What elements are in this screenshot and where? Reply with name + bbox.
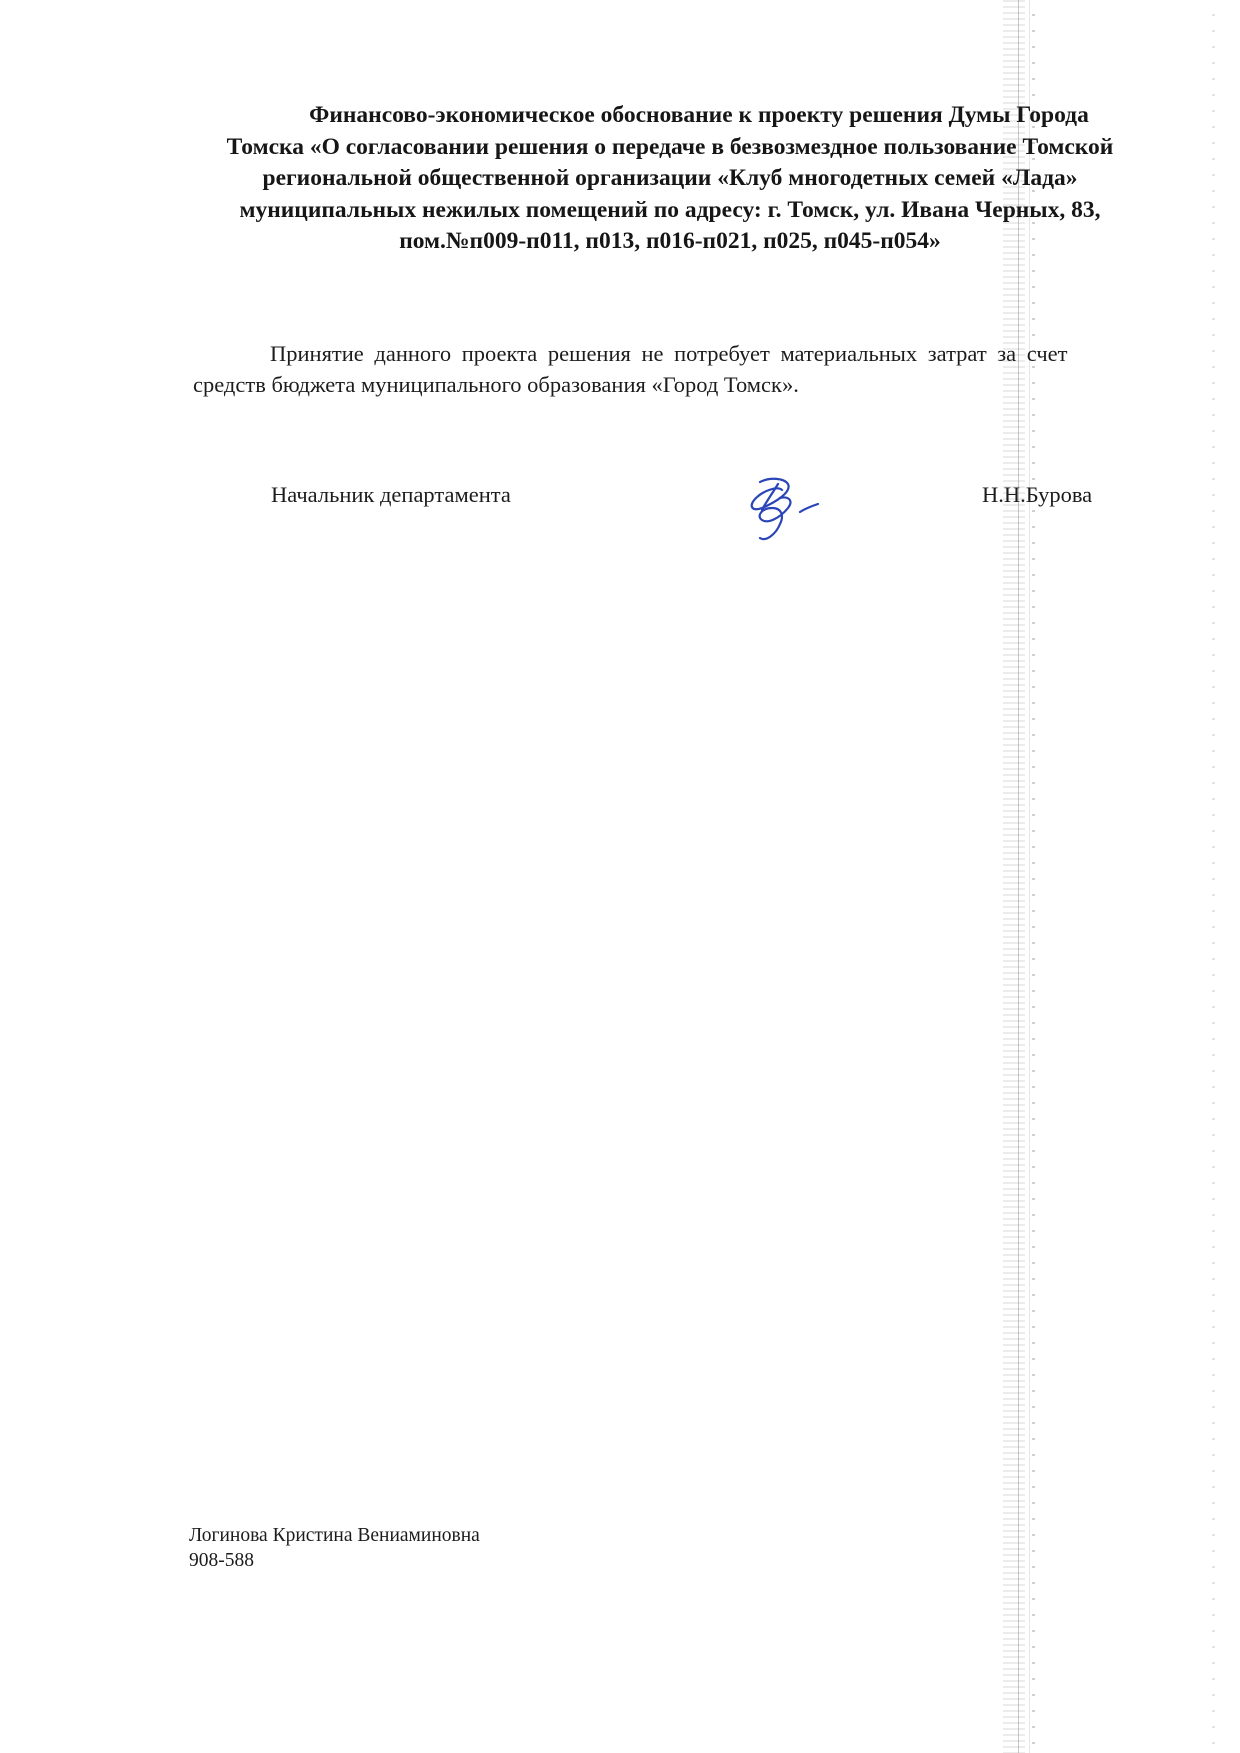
scan-artifact-line xyxy=(1029,0,1030,1753)
scan-artifact-dots xyxy=(1032,0,1035,1753)
body-line: Принятие данного проекта решения не потр… xyxy=(193,338,1168,369)
document-title: Финансово-экономическое обоснование к пр… xyxy=(195,100,1145,258)
scan-artifact-line xyxy=(1018,0,1019,1753)
title-line: муниципальных нежилых помещений по адрес… xyxy=(195,195,1145,227)
signer-position: Начальник департамента xyxy=(271,482,511,508)
executor-info: Логинова Кристина Вениаминовна 908-588 xyxy=(189,1523,480,1573)
executor-name: Логинова Кристина Вениаминовна xyxy=(189,1523,480,1548)
document-page: Финансово-экономическое обоснование к пр… xyxy=(0,0,1240,1753)
title-line: Финансово-экономическое обоснование к пр… xyxy=(195,100,1145,132)
title-line: пом.№п009-п011, п013, п016-п021, п025, п… xyxy=(195,226,1145,258)
title-line: региональной общественной организации «К… xyxy=(195,163,1145,195)
body-line: средств бюджета муниципального образован… xyxy=(193,369,1168,400)
scan-artifact-band xyxy=(1003,0,1025,1753)
signer-name: Н.Н.Бурова xyxy=(982,482,1092,508)
body-paragraph: Принятие данного проекта решения не потр… xyxy=(193,338,1168,400)
scan-artifact-dots xyxy=(1212,0,1215,1753)
signature-icon xyxy=(722,468,832,548)
title-line: Томска «О согласовании решения о передач… xyxy=(195,132,1145,164)
signature-block: Начальник департамента Н.Н.Бурова xyxy=(0,480,1240,550)
executor-phone: 908-588 xyxy=(189,1548,480,1573)
